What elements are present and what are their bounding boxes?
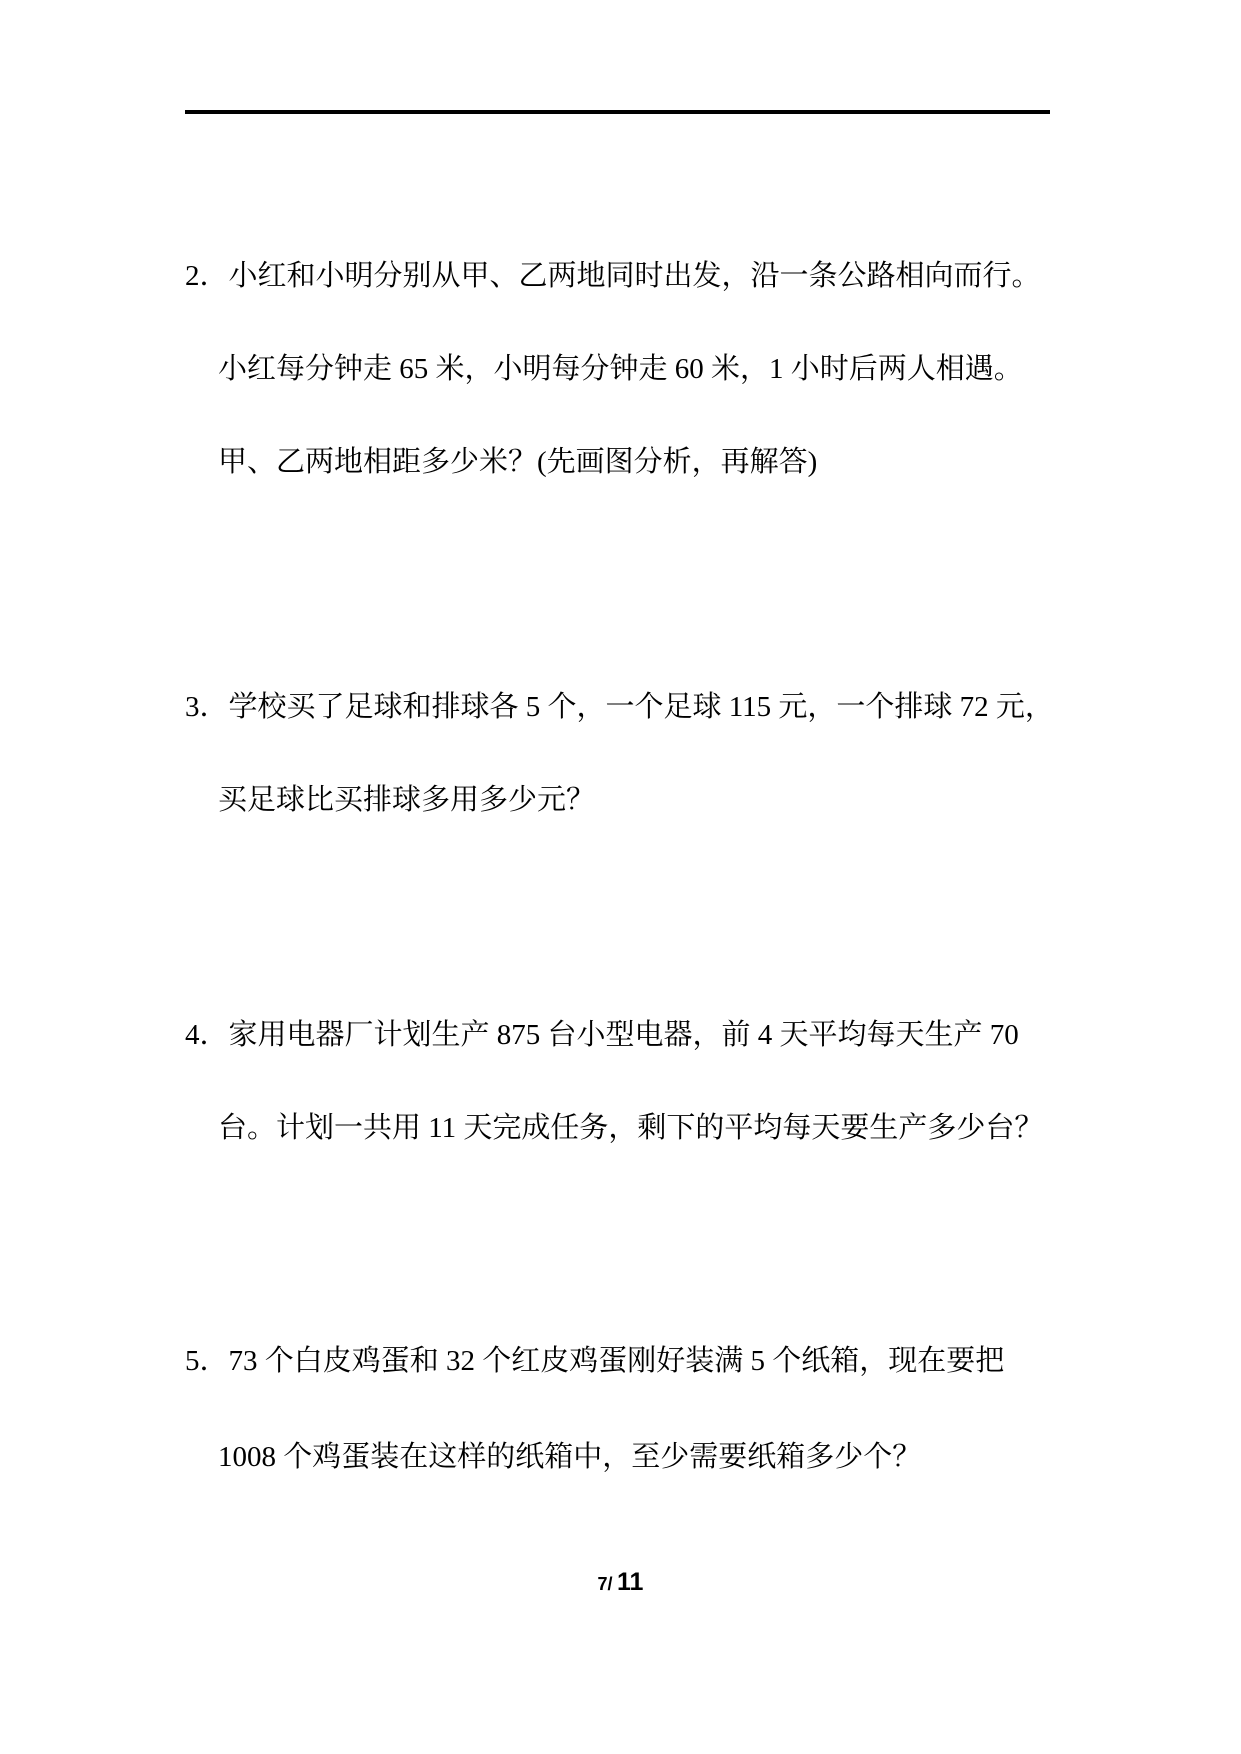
problem-2-line-2: 小红每分钟走 65 米，小明每分钟走 60 米，1 小时后两人相遇。 (218, 350, 1023, 388)
problem-2-line-3: 甲、乙两地相距多少米？(先画图分析，再解答) (218, 443, 817, 481)
header-rule (185, 110, 1050, 114)
problem-4-line-1: 4．家用电器厂计划生产 875 台小型电器，前 4 天平均每天生产 70 (185, 1016, 1019, 1054)
problem-2-line-1: 2．小红和小明分别从甲、乙两地同时出发，沿一条公路相向而行。 (185, 257, 1041, 295)
page-footer: 7/ 11 (0, 1568, 1241, 1597)
problem-5-line-1: 5．73 个白皮鸡蛋和 32 个红皮鸡蛋刚好装满 5 个纸箱，现在要把 (185, 1342, 1004, 1380)
page-number-total: 11 (617, 1568, 643, 1596)
problem-4-line-2: 台。计划一共用 11 天完成任务，剩下的平均每天要生产多少台？ (218, 1109, 1043, 1147)
problem-5-line-2: 1008 个鸡蛋装在这样的纸箱中，至少需要纸箱多少个？ (218, 1438, 921, 1476)
problem-3-line-1: 3．学校买了足球和排球各 5 个，一个足球 115 元，一个排球 72 元， (185, 688, 1054, 726)
page-number-current: 7/ (598, 1574, 613, 1594)
problem-3-line-2: 买足球比买排球多用多少元？ (218, 781, 595, 819)
worksheet-page: 2．小红和小明分别从甲、乙两地同时出发，沿一条公路相向而行。 小红每分钟走 65… (0, 0, 1241, 1754)
